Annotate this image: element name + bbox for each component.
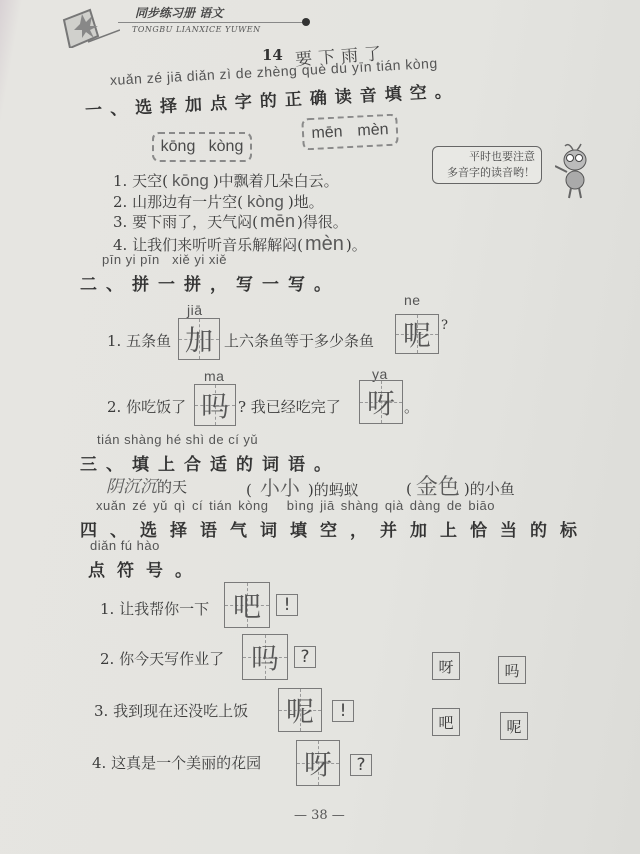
section2-heading: 二、拼一拼，写一写。 [80,270,340,295]
section2-item-1-middle: 上六条鱼等于多少条鱼 [224,330,374,351]
punct-box-1[interactable]: ! [276,594,298,616]
write-box-ne2[interactable]: 呢 [278,688,322,732]
book-title-pinyin: TONGBU LIANXICE YUWEN [132,25,261,34]
ant-mascot-icon [555,140,595,200]
option-ma: 吗 [498,656,526,684]
answer-field[interactable]: 阴沉沉 [106,477,157,496]
section2-item-2-before: 2. 你吃饭了 [107,396,186,417]
answer-field[interactable]: mèn [303,233,346,255]
option-ne: 呢 [500,712,528,740]
tip-bubble: 平时也要注意 多音字的读音哟！ [432,146,542,184]
section4-heading-line2: 点符号。 [88,556,204,581]
section2-pinyin: pīn yi pīn xiě yi xiě [102,252,227,267]
header-rule [118,22,304,23]
pinyin-jia: jiā [187,302,203,318]
section1-item-3: 3. 要下雨了，天气闷(mēn)得很。 [113,211,348,232]
section1-item-1: 1. 天空(kōng)中飘着几朵白云。 [113,170,339,191]
option-ba: 吧 [432,708,460,736]
write-box-ba[interactable]: 吧 [224,582,270,628]
pinyin-ne: ne [404,292,421,308]
write-box-ne[interactable]: 呢 [395,314,439,354]
section4-pinyin-line2: diǎn fú hào [90,538,160,553]
section3-item-2: (小小)的蚂蚁 [246,472,359,501]
option-kong1: kōng [161,138,196,156]
option-men1: mēn [311,123,343,143]
book-logo-icon [60,8,120,46]
punct-box-3[interactable]: ! [332,700,354,722]
option-men4: mèn [357,121,389,141]
book-title: 同步练习册 语文 [135,4,223,21]
option-kong4: kòng [209,138,244,156]
workbook-page: 同步练习册 语文 TONGBU LIANXICE YUWEN 14 要下雨了 x… [0,0,640,854]
tip-line1: 平时也要注意 [439,149,535,165]
write-box-ma2[interactable]: 吗 [242,634,288,680]
section4-item-3-text: 3. 我到现在还没吃上饭 [94,700,248,721]
answer-field[interactable]: 金色 [412,474,464,499]
section4-item-4-text: 4. 这真是一个美丽的花园 [92,752,261,773]
pinyin-options-kong: kōng kòng [152,132,252,162]
section2-item-2-middle: ? 我已经吃完了 [238,396,341,417]
option-ya: 呀 [432,652,460,680]
punct-box-4[interactable]: ? [350,754,372,776]
section3-pinyin: tián shàng hé shì de cí yǔ [97,432,258,447]
lesson-number: 14 [262,46,283,64]
section3-item-3: (金色)的小鱼 [406,470,515,501]
write-box-ya2[interactable]: 呀 [296,740,340,786]
section2-item-1-before: 1. 五条鱼 [107,330,171,351]
section4-pinyin-line1: xuǎn zé yǔ qì cí tián kòng bìng jiā shàn… [96,498,495,513]
answer-field[interactable]: mēn [258,211,297,231]
pinyin-ma: ma [204,368,224,384]
header-dot-icon [302,18,310,26]
pinyin-options-men: mēn mèn [301,114,399,151]
tip-line2: 多音字的读音哟！ [439,165,535,181]
section2-item-2-after: 。 [404,396,419,417]
answer-field[interactable]: 小小 [252,478,308,500]
write-box-ma[interactable]: 吗 [194,384,236,426]
write-box-jia[interactable]: 加 [178,318,220,360]
section3-item-1: 阴沉沉的天 [106,472,187,497]
section4-item-2-text: 2. 你今天写作业了 [100,648,224,669]
section1-item-2: 2. 山那边有一片空(kòng)地。 [113,191,324,212]
answer-field[interactable]: kōng [168,171,213,190]
write-box-ya[interactable]: 呀 [359,380,403,424]
section4-item-1-text: 1. 让我帮你一下 [100,598,209,619]
answer-field[interactable]: kòng [243,192,288,211]
section2-item-1-after: ? [441,318,448,333]
punct-box-2[interactable]: ? [294,646,316,668]
page-number: — 38 — [294,808,345,823]
